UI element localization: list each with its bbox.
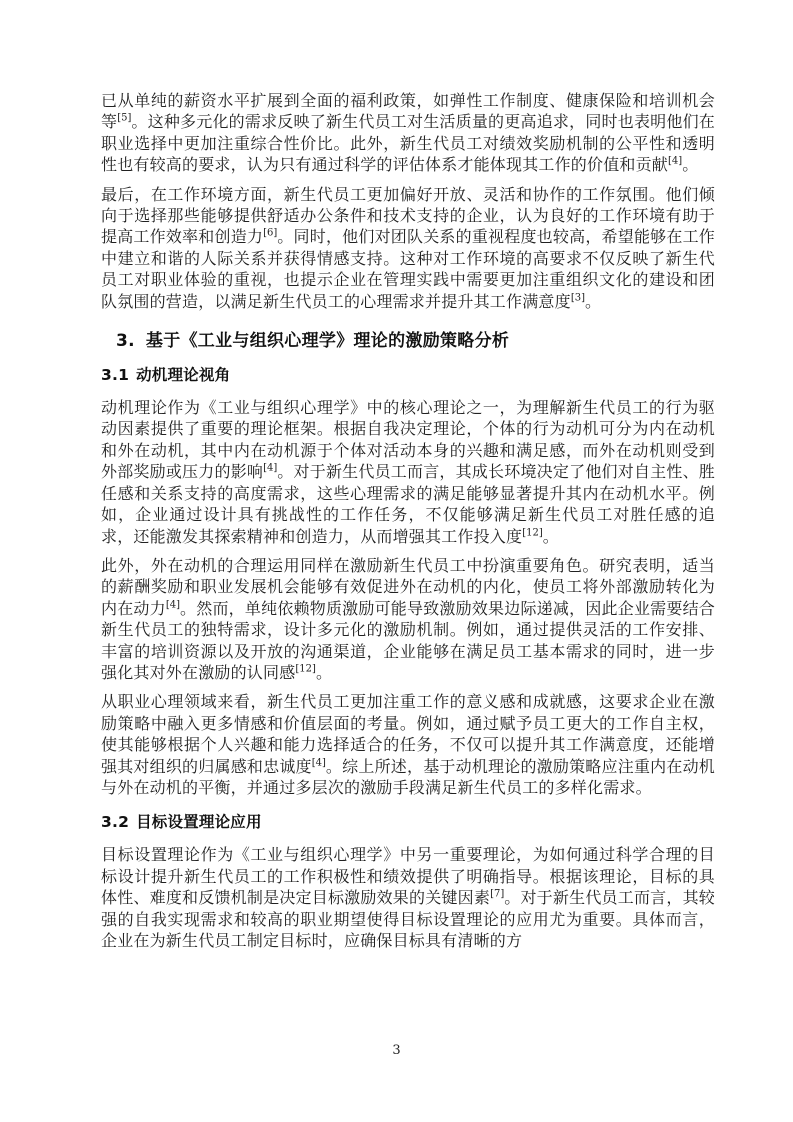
paragraph-extrinsic-motivation: 此外，外在动机的合理运用同样在激励新生代员工中扮演重要角色。研究表明，适当的薪酬… [101, 555, 715, 683]
paragraph-motivation-theory: 动机理论作为《工业与组织心理学》中的核心理论之一，为理解新生代员工的行为驱动因素… [101, 397, 715, 547]
subsection-title: 目标设置理论应用 [136, 813, 262, 831]
paragraph-benefits-demand: 已从单纯的薪资水平扩展到全面的福利政策，如弹性工作制度、健康保险和培训机会等[5… [101, 90, 715, 176]
citation-ref: [4] [668, 156, 682, 167]
page-footer: 3 [0, 1043, 793, 1058]
section-number: 3. [116, 331, 135, 351]
text-segment: 。 [316, 663, 332, 682]
text-segment: 。这种多元化的需求反映了新生代员工对生活质量的更高追求，同时也表明他们在职业选择… [101, 112, 715, 174]
text-segment: 。 [543, 527, 559, 546]
text-segment: 。 [682, 155, 698, 174]
section-heading-3: 3.基于《工业与组织心理学》理论的激励策略分析 [101, 326, 715, 351]
citation-ref: [3] [571, 292, 585, 303]
citation-ref: [12] [522, 527, 543, 538]
paragraph-career-psychology: 从职业心理领域来看，新生代员工更加注重工作的意义感和成就感，这要求企业在激励策略… [101, 691, 715, 798]
citation-ref: [4] [166, 599, 180, 610]
section-title: 基于《工业与组织心理学》理论的激励策略分析 [146, 331, 509, 351]
page-number: 3 [392, 1043, 400, 1058]
citation-ref: [12] [295, 664, 316, 675]
subsection-number: 3.1 [101, 366, 129, 384]
page-content: 已从单纯的薪资水平扩展到全面的福利政策，如弹性工作制度、健康保险和培训机会等[5… [101, 90, 715, 951]
text-segment: 。然而，单纯依赖物质激励可能导致激励效果边际递减，因此企业需要结合新生代员工的独… [101, 599, 715, 682]
subsection-number: 3.2 [101, 813, 129, 831]
citation-ref: [4] [312, 757, 326, 768]
text-segment: 。 [585, 292, 601, 311]
subsection-heading-3-1: 3.1动机理论视角 [101, 363, 715, 385]
paragraph-goal-setting-theory: 目标设置理论作为《工业与组织心理学》中另一重要理论，为如何通过科学合理的目标设计… [101, 844, 715, 951]
document-page: 已从单纯的薪资水平扩展到全面的福利政策，如弹性工作制度、健康保险和培训机会等[5… [0, 0, 793, 1122]
subsection-heading-3-2: 3.2目标设置理论应用 [101, 810, 715, 832]
citation-ref: [5] [117, 113, 131, 124]
citation-ref: [7] [490, 889, 504, 900]
subsection-title: 动机理论视角 [136, 366, 230, 384]
paragraph-work-environment: 最后，在工作环境方面，新生代员工更加偏好开放、灵活和协作的工作氛围。他们倾向于选… [101, 184, 715, 312]
citation-ref: [6] [263, 228, 277, 239]
citation-ref: [4] [263, 463, 277, 474]
